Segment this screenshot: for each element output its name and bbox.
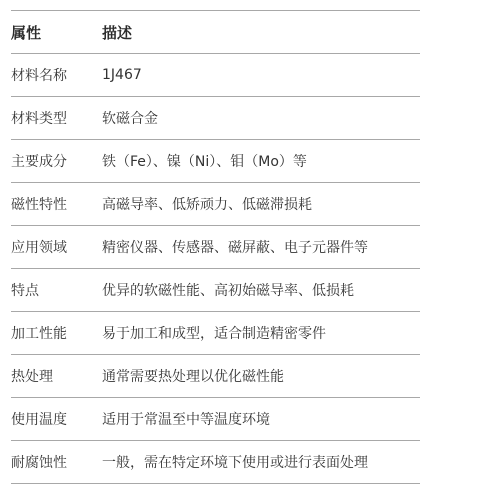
header-description: 描述: [102, 22, 420, 43]
attribute-cell: 主要成分: [11, 151, 102, 171]
attribute-cell: 加工性能: [11, 323, 102, 343]
table-row: 磁性特性 高磁导率、低矫顽力、低磁滞损耗: [11, 182, 420, 225]
table-row: 特点 优异的软磁性能、高初始磁导率、低损耗: [11, 268, 420, 311]
attribute-cell: 应用领域: [11, 237, 102, 257]
attribute-cell: 材料类型: [11, 108, 102, 128]
attribute-cell: 使用温度: [11, 409, 102, 429]
table-row: 材料名称 1J467: [11, 53, 420, 96]
attribute-cell: 磁性特性: [11, 194, 102, 214]
description-cell: 精密仪器、传感器、磁屏蔽、电子元器件等: [102, 237, 420, 257]
attribute-cell: 耐腐蚀性: [11, 452, 102, 472]
description-cell: 适用于常温至中等温度环境: [102, 409, 420, 429]
table-header-row: 属性 描述: [11, 10, 420, 53]
attribute-cell: 特点: [11, 280, 102, 300]
table-row: 热处理 通常需要热处理以优化磁性能: [11, 354, 420, 397]
description-cell: 通常需要热处理以优化磁性能: [102, 366, 420, 386]
table-row: 使用温度 适用于常温至中等温度环境: [11, 397, 420, 440]
description-cell: 一般，需在特定环境下使用或进行表面处理: [102, 452, 420, 472]
description-cell: 优异的软磁性能、高初始磁导率、低损耗: [102, 280, 420, 300]
description-cell: 高磁导率、低矫顽力、低磁滞损耗: [102, 194, 420, 214]
description-cell: 易于加工和成型，适合制造精密零件: [102, 323, 420, 343]
attribute-cell: 热处理: [11, 366, 102, 386]
header-attribute: 属性: [11, 22, 102, 43]
table-row: 材料类型 软磁合金: [11, 96, 420, 139]
table-row: 加工性能 易于加工和成型，适合制造精密零件: [11, 311, 420, 354]
description-cell: 软磁合金: [102, 108, 420, 128]
description-cell: 铁（Fe）、镍（Ni）、钼（Mo）等: [102, 151, 420, 171]
properties-table: 属性 描述 材料名称 1J467 材料类型 软磁合金 主要成分 铁（Fe）、镍（…: [11, 10, 420, 484]
table-row: 应用领域 精密仪器、传感器、磁屏蔽、电子元器件等: [11, 225, 420, 268]
table-row: 主要成分 铁（Fe）、镍（Ni）、钼（Mo）等: [11, 139, 420, 182]
attribute-cell: 材料名称: [11, 65, 102, 85]
table-row: 耐腐蚀性 一般，需在特定环境下使用或进行表面处理: [11, 440, 420, 484]
description-cell: 1J467: [102, 67, 420, 83]
